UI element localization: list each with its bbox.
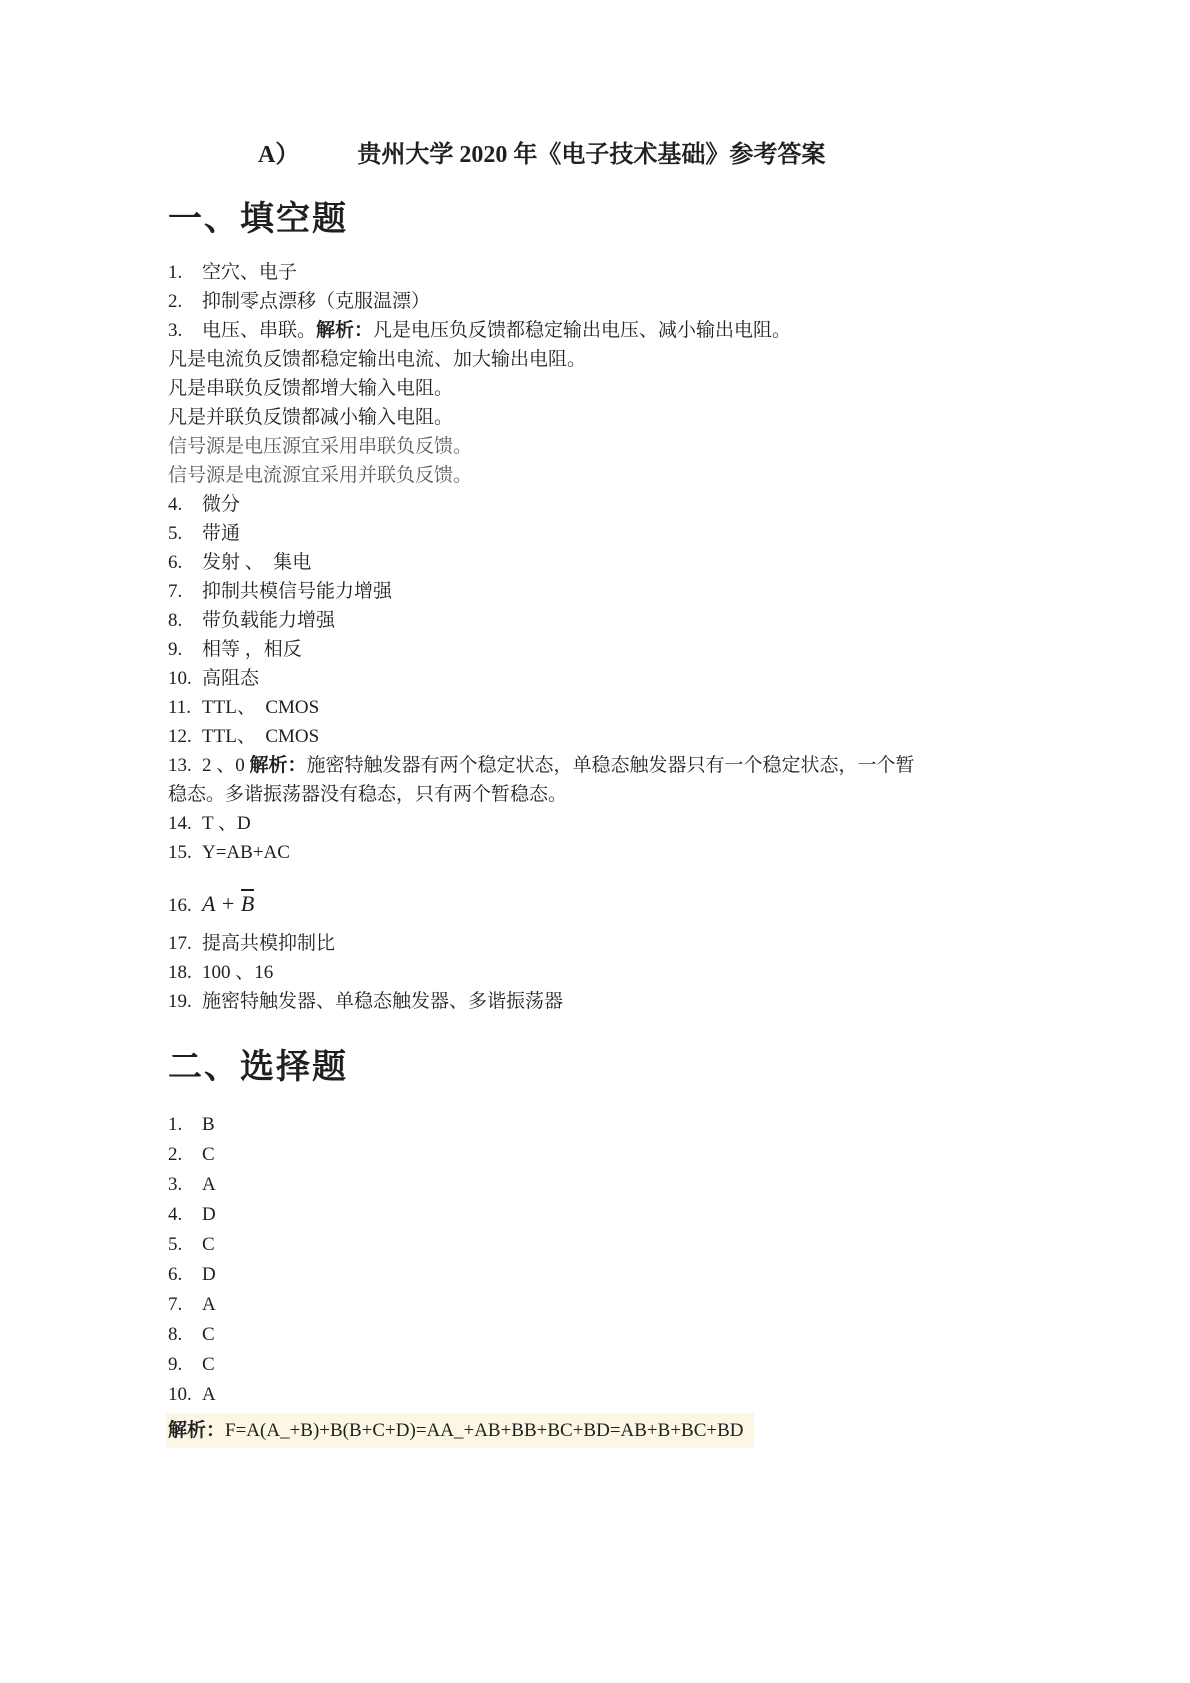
line-text: C — [202, 1144, 215, 1165]
line-number: 19. — [168, 987, 202, 1016]
line-number: 17. — [168, 929, 202, 958]
line-text: 抑制共模信号能力增强 — [202, 581, 392, 602]
line-text: 解析： — [316, 320, 373, 341]
line-text: 信号源是电压源宜采用串联负反馈。 — [168, 436, 472, 457]
line-number: 1. — [168, 1110, 202, 1140]
answer-line: 8.C — [168, 1320, 1070, 1350]
line-number: 13. — [168, 751, 202, 780]
line-text: 提高共模抑制比 — [202, 933, 335, 954]
answer-line: 11.TTL、 CMOS — [168, 693, 1070, 722]
answer-line: 7.抑制共模信号能力增强 — [168, 577, 1070, 606]
line-text: 带通 — [202, 523, 240, 544]
line-number: 7. — [168, 577, 202, 606]
line-number: 18. — [168, 958, 202, 987]
answer-line: 6.发射 、 集电 — [168, 548, 1070, 577]
line-text: A — [202, 1294, 216, 1315]
line-text: D — [202, 1204, 216, 1225]
line-number: 4. — [168, 490, 202, 519]
answer-line: 6.D — [168, 1260, 1070, 1290]
line-text: 空穴、电子 — [202, 262, 297, 283]
line-text: 发射 、 集电 — [202, 552, 311, 573]
line-number: 8. — [168, 1320, 202, 1350]
line-text: 电压、串联。 — [202, 320, 316, 341]
line-text: B — [202, 1114, 215, 1135]
answer-line: 5.带通 — [168, 519, 1070, 548]
line-number: 15. — [168, 838, 202, 867]
line-text: 施密特触发器、单稳态触发器、多谐振荡器 — [202, 991, 563, 1012]
answer-line: 4.D — [168, 1200, 1070, 1230]
answer-line: 5.C — [168, 1230, 1070, 1260]
line-text: A — [202, 891, 215, 916]
line-text: 相等 ，相反 — [202, 639, 302, 660]
line-text: C — [202, 1234, 215, 1255]
title-prefix: A） — [258, 138, 299, 172]
line-number: 16. — [168, 889, 202, 923]
answer-line: 13.2 、0 解析：施密特触发器有两个稳定状态，单稳态触发器只有一个稳定状态，… — [168, 751, 1070, 780]
line-text: T 、D — [202, 813, 251, 834]
line-text: 抑制零点漂移（克服温漂） — [202, 291, 430, 312]
line-text: 施密特触发器有两个稳定状态，单稳态触发器只有一个稳定状态，一个暂 — [307, 755, 915, 776]
line-text: TTL、 CMOS — [202, 726, 319, 747]
line-number: 10. — [168, 664, 202, 693]
section-heading-choice: 二、选择题 — [168, 1046, 1070, 1090]
line-number: 14. — [168, 809, 202, 838]
answer-line: 信号源是电压源宜采用串联负反馈。 — [168, 432, 1070, 461]
answer-line: 10.高阻态 — [168, 664, 1070, 693]
line-text: 微分 — [202, 494, 240, 515]
answer-line: 2.抑制零点漂移（克服温漂） — [168, 287, 1070, 316]
line-text: 凡是并联负反馈都减小输入电阻。 — [168, 407, 453, 428]
answer-line: 9.相等 ，相反 — [168, 635, 1070, 664]
answer-line: 稳态。多谐振荡器没有稳态，只有两个暂稳态。 — [168, 780, 1070, 809]
line-number: 7. — [168, 1290, 202, 1320]
answer-line: 19.施密特触发器、单稳态触发器、多谐振荡器 — [168, 987, 1070, 1016]
line-number: 4. — [168, 1200, 202, 1230]
line-text: 解析： — [250, 755, 307, 776]
line-text: Y=AB+AC — [202, 842, 290, 863]
page-title: 贵州大学 2020 年《电子技术基础》参考答案 — [357, 142, 825, 168]
answer-line: 2.C — [168, 1140, 1070, 1170]
answer-line: 12.TTL、 CMOS — [168, 722, 1070, 751]
document-page: A）贵州大学 2020 年《电子技术基础》参考答案 一、填空题 1.空穴、电子2… — [0, 0, 1190, 1683]
line-text: 解析： — [168, 1420, 225, 1441]
line-text: 100 、16 — [202, 962, 273, 983]
line-number: 6. — [168, 1260, 202, 1290]
answer-line: 信号源是电流源宜采用并联负反馈。 — [168, 461, 1070, 490]
answer-line: 17.提高共模抑制比 — [168, 929, 1070, 958]
line-text: A — [202, 1174, 216, 1195]
line-number: 5. — [168, 1230, 202, 1260]
analysis-highlight: 解析：F=A(A_+B)+B(B+C+D)=AA_+AB+BB+BC+BD=AB… — [166, 1413, 754, 1448]
line-text: 带负载能力增强 — [202, 610, 335, 631]
answer-line: 解析：F=A(A_+B)+B(B+C+D)=AA_+AB+BB+BC+BD=AB… — [168, 1413, 1070, 1448]
line-number: 5. — [168, 519, 202, 548]
line-text: A — [202, 1384, 216, 1405]
line-text: 信号源是电流源宜采用并联负反馈。 — [168, 465, 472, 486]
line-number: 12. — [168, 722, 202, 751]
overline-term: B — [241, 889, 254, 916]
answer-line: 7.A — [168, 1290, 1070, 1320]
line-number: 9. — [168, 635, 202, 664]
line-text: TTL、 CMOS — [202, 697, 319, 718]
line-text: 高阻态 — [202, 668, 259, 689]
answer-line: 凡是并联负反馈都减小输入电阻。 — [168, 403, 1070, 432]
answer-line: 凡是电流负反馈都稳定输出电流、加大输出电阻。 — [168, 345, 1070, 374]
answer-line: 凡是串联负反馈都增大输入电阻。 — [168, 374, 1070, 403]
line-text: 稳态。多谐振荡器没有稳态，只有两个暂稳态。 — [168, 784, 567, 805]
line-number: 3. — [168, 316, 202, 345]
line-number: 6. — [168, 548, 202, 577]
choice-answer-list: 1.B2.C3.A4.D5.C6.D7.A8.C9.C10.A解析：F=A(A_… — [168, 1110, 1070, 1448]
answer-line: 16.A + B — [168, 887, 1070, 923]
line-text: 凡是电流负反馈都稳定输出电流、加大输出电阻。 — [168, 349, 586, 370]
answer-line: 4.微分 — [168, 490, 1070, 519]
line-text: 凡是串联负反馈都增大输入电阻。 — [168, 378, 453, 399]
line-number: 2. — [168, 287, 202, 316]
answer-line: 8.带负载能力增强 — [168, 606, 1070, 635]
answer-line: 9.C — [168, 1350, 1070, 1380]
line-text: D — [202, 1264, 216, 1285]
document-title-row: A）贵州大学 2020 年《电子技术基础》参考答案 — [168, 138, 1070, 172]
line-number: 3. — [168, 1170, 202, 1200]
answer-line: 1.空穴、电子 — [168, 258, 1070, 287]
answer-line: 14.T 、D — [168, 809, 1070, 838]
line-text: F=A(A_+B)+B(B+C+D)=AA_+AB+BB+BC+BD=AB+B+… — [225, 1420, 743, 1441]
answer-line: 3.A — [168, 1170, 1070, 1200]
line-text: 2 、0 — [202, 755, 250, 776]
line-number: 10. — [168, 1380, 202, 1410]
answer-line: 1.B — [168, 1110, 1070, 1140]
line-number: 11. — [168, 693, 202, 722]
line-text: 凡是电压负反馈都稳定输出电压、减小输出电阻。 — [373, 320, 791, 341]
line-text: C — [202, 1324, 215, 1345]
answer-line: 18.100 、16 — [168, 958, 1070, 987]
line-number: 1. — [168, 258, 202, 287]
line-number: 9. — [168, 1350, 202, 1380]
fill-in-answer-list: 1.空穴、电子2.抑制零点漂移（克服温漂）3.电压、串联。解析：凡是电压负反馈都… — [168, 258, 1070, 1016]
line-text: + — [215, 891, 241, 916]
line-number: 8. — [168, 606, 202, 635]
answer-line: 3.电压、串联。解析：凡是电压负反馈都稳定输出电压、减小输出电阻。 — [168, 316, 1070, 345]
answer-line: 10.A — [168, 1380, 1070, 1410]
line-text: C — [202, 1354, 215, 1375]
section-heading-fill-in: 一、填空题 — [168, 198, 1070, 242]
line-number: 2. — [168, 1140, 202, 1170]
answer-line: 15.Y=AB+AC — [168, 838, 1070, 867]
